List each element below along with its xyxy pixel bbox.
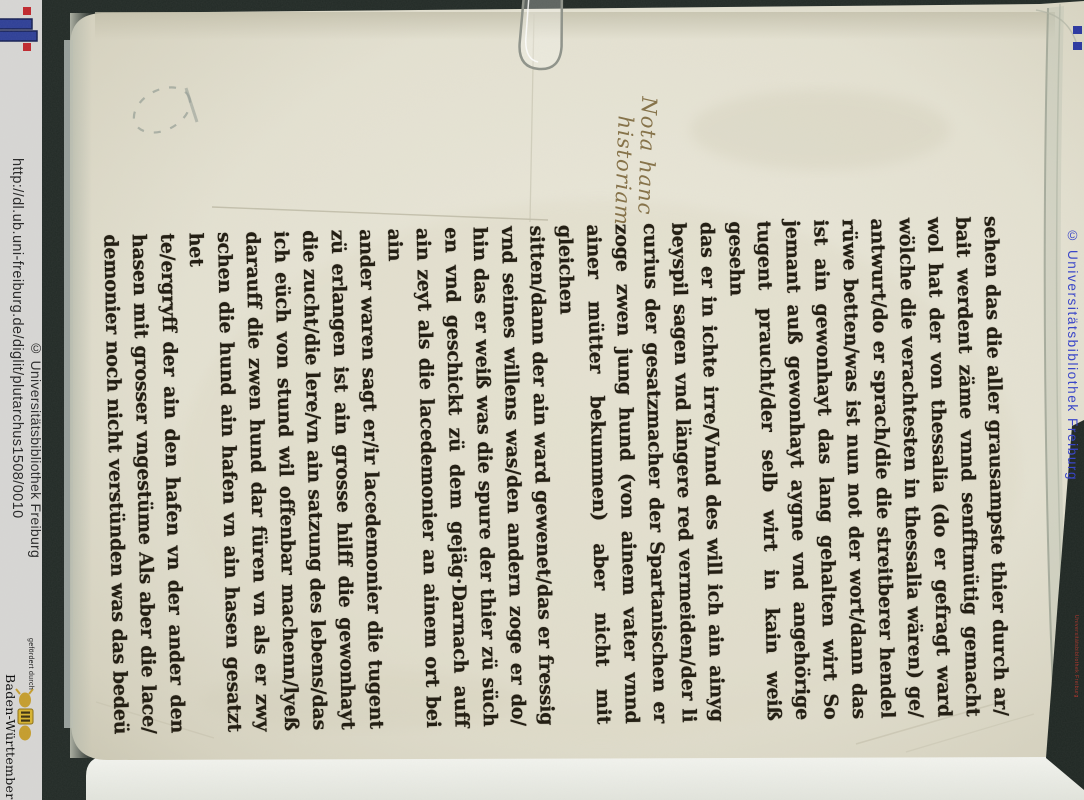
watermark-copyright-right: © Universitätsbibliothek Freiburg bbox=[1065, 228, 1080, 481]
funding-note: gefördert durch bbox=[27, 638, 34, 690]
watermark-url: http://dl.ub.uni-freiburg.de/diglit/plut… bbox=[9, 158, 25, 519]
book-scan-photo: http://dl.ub.uni-freiburg.de/diglit/plut… bbox=[0, 0, 1084, 800]
printed-text-line: ain zeyt als die lacedemonier an ainem o… bbox=[380, 228, 447, 729]
watermark-small-red-note: Universitätsbibliothek Freiburg bbox=[1073, 615, 1079, 698]
marginalia-line: historiam bbox=[610, 95, 638, 226]
printed-text-block: sehen das die aller grausampste thier du… bbox=[207, 216, 1015, 733]
printed-text-line: ainer mütter bekummen) aber nicht mit gl… bbox=[550, 224, 617, 725]
handwritten-marginalia: Nota hanc historiam bbox=[610, 95, 661, 227]
watermark-copyright-left: © Universitätsbibliothek Freiburg bbox=[28, 340, 44, 558]
printed-text-line: tugent praucht/der selb wirt in kain wei… bbox=[721, 220, 788, 721]
funder-label: Baden-Württemberg bbox=[3, 674, 18, 800]
printed-text-line: schen die hund ain hafen vn ain hasen ge… bbox=[181, 232, 248, 733]
